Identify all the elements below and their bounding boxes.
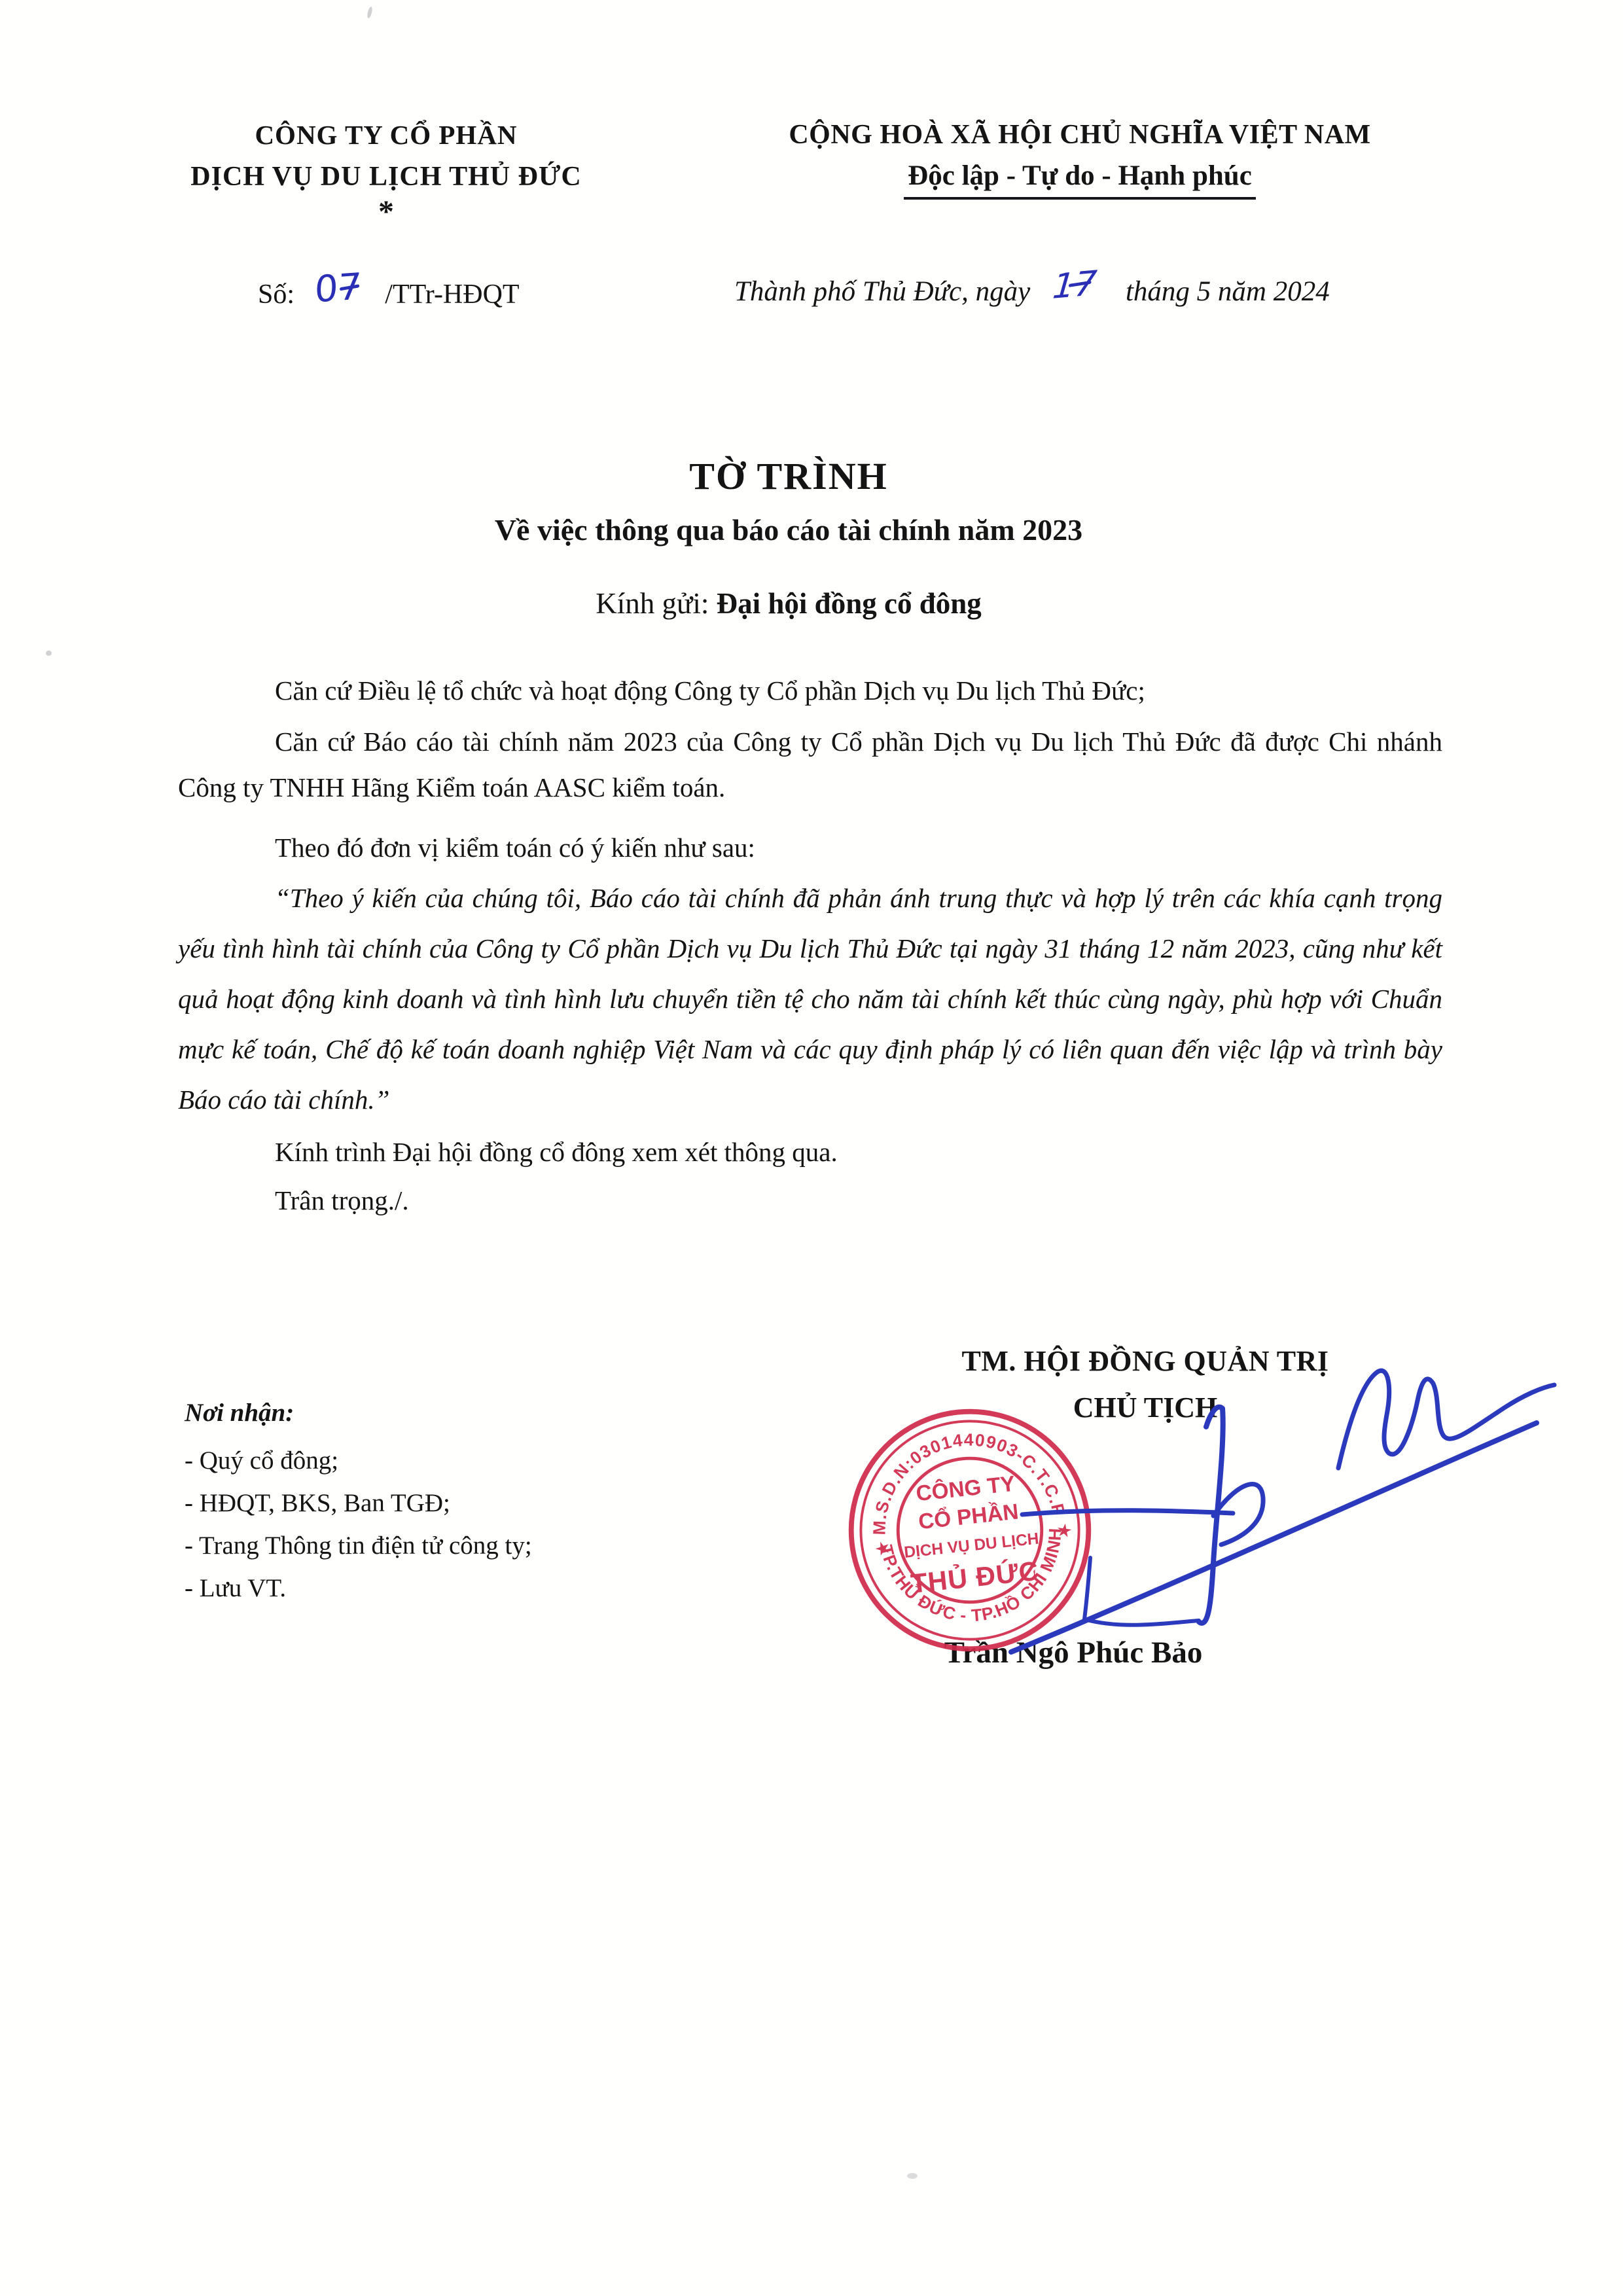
header-separator-mark: *: [157, 199, 615, 225]
salutation-label: Kính gửi:: [596, 587, 709, 620]
national-motto: Độc lập - Tự do - Hạnh phúc: [904, 160, 1256, 200]
document-number-label: Số:: [258, 279, 294, 310]
body-paragraph: Căn cứ Điều lệ tổ chức và hoạt động Công…: [178, 668, 1442, 713]
issuer-name-line2: DỊCH VỤ DU LỊCH THỦ ĐỨC: [157, 161, 615, 192]
body-paragraph: Căn cứ Báo cáo tài chính năm 2023 của Cô…: [178, 719, 1442, 810]
scanned-document-page: CÔNG TY CỔ PHẦN DỊCH VỤ DU LỊCH THỦ ĐỨC …: [0, 0, 1623, 2296]
place-date-line: Thành phố Thủ Đức, ngày 17 tháng 5 năm 2…: [734, 270, 1330, 309]
recipients-list: - Quý cổ đông; - HĐQT, BKS, Ban TGĐ; - T…: [185, 1439, 532, 1609]
scan-speck: [46, 651, 52, 656]
recipients-block: Nơi nhận: - Quý cổ đông; - HĐQT, BKS, Ba…: [185, 1391, 532, 1609]
place-date-prefix: Thành phố Thủ Đức, ngày: [734, 276, 1030, 307]
body-paragraph: Kính trình Đại hội đồng cổ đông xem xét …: [178, 1129, 1442, 1175]
handwritten-day: 17: [1051, 264, 1098, 307]
place-date-suffix: tháng 5 năm 2024: [1126, 276, 1330, 307]
scan-speck: [366, 7, 373, 19]
audit-opinion-quote: “Theo ý kiến của chúng tôi, Báo cáo tài …: [178, 873, 1442, 1125]
scan-speck: [907, 2173, 918, 2179]
body-paragraph: Theo đó đơn vị kiểm toán có ý kiến như s…: [178, 825, 1442, 870]
document-number-suffix: /TTr-HĐQT: [385, 279, 519, 310]
document-body: Căn cứ Điều lệ tổ chức và hoạt động Công…: [178, 668, 1442, 1223]
recipients-heading: Nơi nhận:: [185, 1391, 532, 1434]
issuer-name-line1: CÔNG TY CỔ PHẦN: [157, 119, 615, 151]
national-header: CỘNG HOÀ XÃ HỘI CHỦ NGHĨA VIỆT NAM Độc l…: [707, 119, 1453, 200]
recipient-item: - Quý cổ đông;: [185, 1439, 532, 1482]
recipient-item: - Trang Thông tin điện tử công ty;: [185, 1524, 532, 1567]
handwritten-document-number: 07: [313, 266, 362, 312]
national-title: CỘNG HOÀ XÃ HỘI CHỦ NGHĨA VIỆT NAM: [707, 119, 1453, 151]
document-number-value: 07: [313, 266, 362, 312]
document-subtitle: Về việc thông qua báo cáo tài chính năm …: [151, 512, 1427, 547]
handwritten-signature: [982, 1347, 1571, 1687]
closing-paragraph: Trân trọng./.: [178, 1177, 1442, 1223]
document-title-block: TỜ TRÌNH Về việc thông qua báo cáo tài c…: [151, 454, 1427, 547]
salutation-recipient: Đại hội đồng cổ đông: [717, 587, 982, 620]
recipient-item: - HĐQT, BKS, Ban TGĐ;: [185, 1482, 532, 1524]
salutation-line: Kính gửi: Đại hội đồng cổ đông: [151, 586, 1427, 620]
recipient-item: - Lưu VT.: [185, 1567, 532, 1609]
issuer-header: CÔNG TY CỔ PHẦN DỊCH VỤ DU LỊCH THỦ ĐỨC …: [157, 119, 615, 225]
document-number-line: Số: 07 /TTr-HĐQT: [258, 270, 520, 312]
document-title: TỜ TRÌNH: [151, 454, 1427, 498]
